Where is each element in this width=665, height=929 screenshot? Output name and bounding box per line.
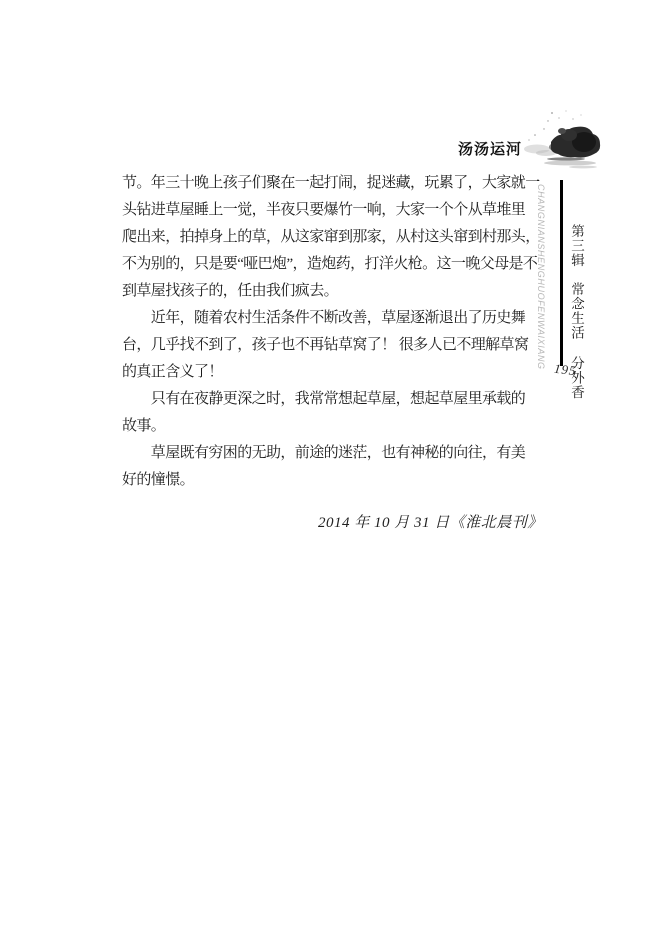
text-line: 台，几乎找不到了，孩子也不再钻草窝了！ 很多人已不理解草窝 bbox=[122, 332, 536, 359]
text-line: 的真正含义了！ bbox=[122, 359, 536, 386]
source-dateline: 2014 年 10 月 31 日《淮北晨刊》 bbox=[318, 511, 543, 532]
text-line: 好的憧憬。 bbox=[122, 467, 536, 494]
text-line: 只有在夜静更深之时，我常常想起草屋，想起草屋里承载的 bbox=[122, 386, 536, 413]
book-page: 汤汤运河 节。年三十晚上孩子们聚在一起打闹，捉迷藏，玩累了，大家就一 头钻进草屋… bbox=[0, 0, 665, 929]
text-line: 故事。 bbox=[122, 413, 536, 440]
text-line: 近年，随着农村生活条件不断改善，草屋逐渐退出了历史舞 bbox=[122, 305, 536, 332]
text-line: 头钻进草屋睡上一觉，半夜只要爆竹一响，大家一个个从草堆里 bbox=[122, 197, 536, 224]
ink-painting-illustration bbox=[521, 106, 607, 174]
text-line: 爬出来，拍掉身上的草，从这家窜到那家，从村这头窜到村那头， bbox=[122, 224, 536, 251]
side-divider-line bbox=[560, 180, 563, 366]
text-line: 节。年三十晚上孩子们聚在一起打闹，捉迷藏，玩累了，大家就一 bbox=[122, 170, 536, 197]
text-line: 到草屋找孩子的，任由我们疯去。 bbox=[122, 278, 536, 305]
text-line: 草屋既有穷困的无助，前途的迷茫，也有神秘的向往，有美 bbox=[122, 440, 536, 467]
pinyin-side-text: CHANGNIANSHENGHUOFENWAIXIANG bbox=[536, 184, 546, 368]
text-line: 不为别的，只是要“哑巴炮”，造炮药，打洋火枪。这一晚父母是不 bbox=[122, 251, 536, 278]
page-number: 195 bbox=[553, 361, 577, 380]
running-title: 汤汤运河 bbox=[458, 138, 522, 159]
body-text: 节。年三十晚上孩子们聚在一起打闹，捉迷藏，玩累了，大家就一 头钻进草屋睡上一觉，… bbox=[122, 170, 536, 494]
